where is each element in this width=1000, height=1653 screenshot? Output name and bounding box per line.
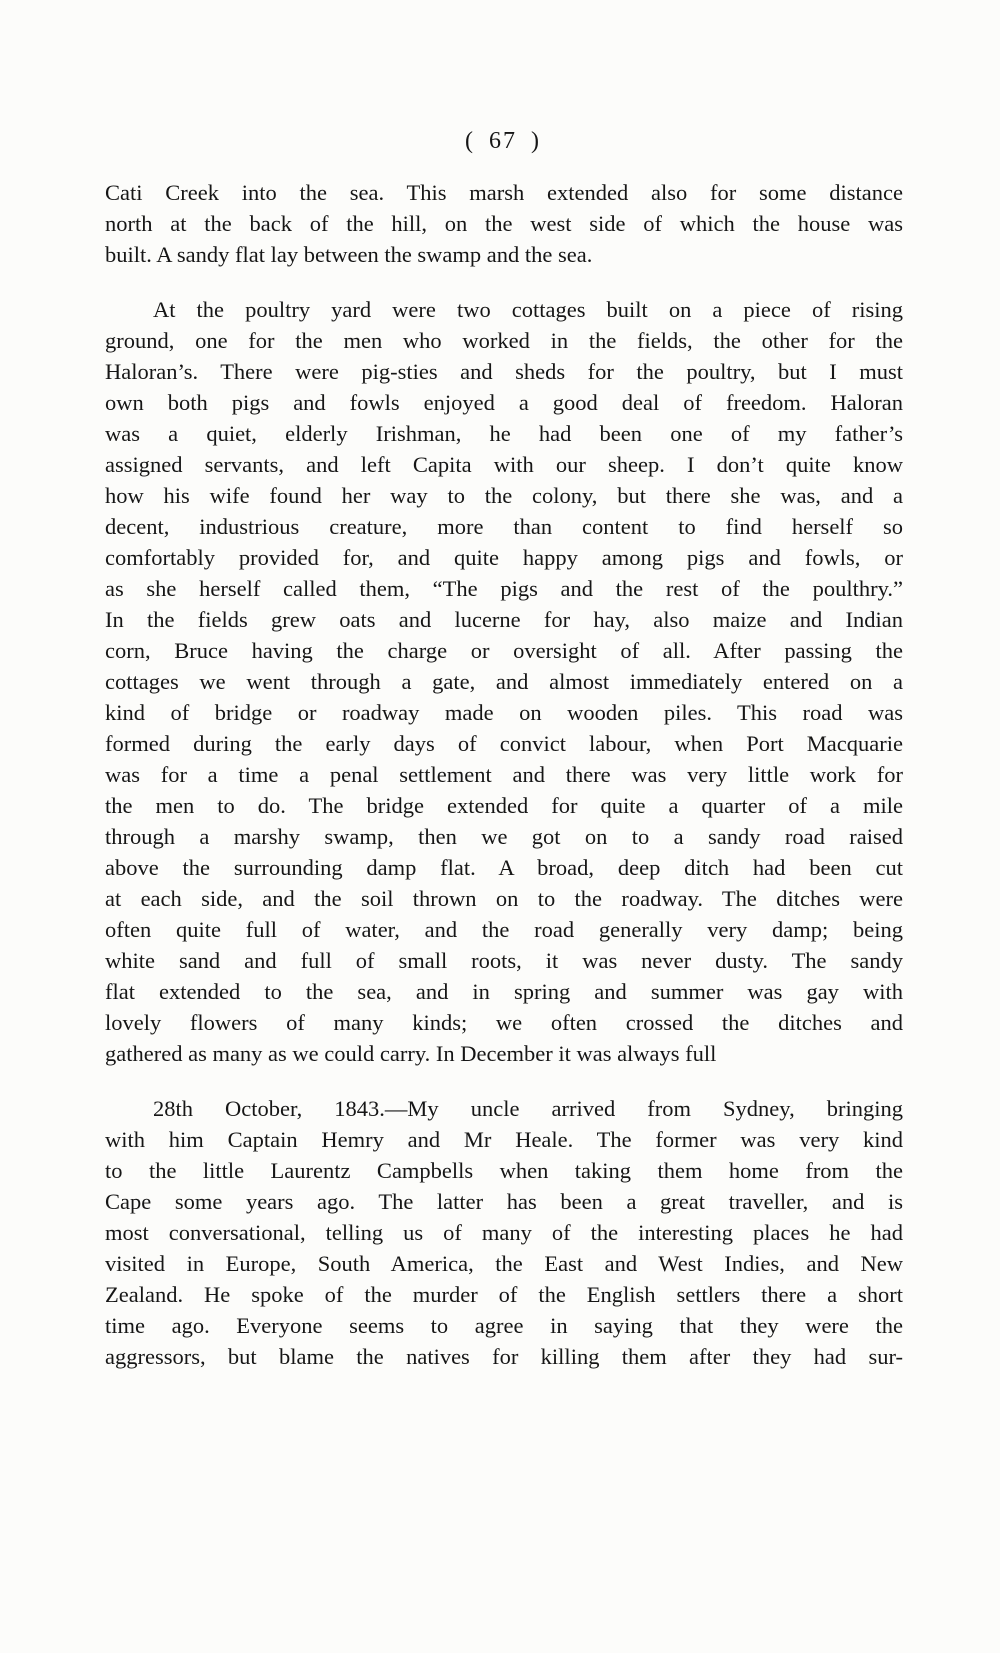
text-line: Haloran’s. There were pig-sties and shed… bbox=[105, 356, 903, 387]
paragraph-3: 28th October, 1843.—My uncle arrived fro… bbox=[105, 1093, 903, 1372]
text-line: decent, industrious creature, more than … bbox=[105, 511, 903, 542]
text-line: corn, Bruce having the charge or oversig… bbox=[105, 635, 903, 666]
text-line: north at the back of the hill, on the we… bbox=[105, 208, 903, 239]
text-line: most conversational, telling us of many … bbox=[105, 1217, 903, 1248]
text-line: In the fields grew oats and lucerne for … bbox=[105, 604, 903, 635]
text-line: was a quiet, elderly Irishman, he had be… bbox=[105, 418, 903, 449]
text-line: Cape some years ago. The latter has been… bbox=[105, 1186, 903, 1217]
text-line: with him Captain Hemry and Mr Heale. The… bbox=[105, 1124, 903, 1155]
text-line: aggressors, but blame the natives for ki… bbox=[105, 1341, 903, 1372]
text-line: lovely flowers of many kinds; we often c… bbox=[105, 1007, 903, 1038]
text-line: formed during the early days of convict … bbox=[105, 728, 903, 759]
text-line: often quite full of water, and the road … bbox=[105, 914, 903, 945]
text-line: built. A sandy flat lay between the swam… bbox=[105, 239, 903, 270]
text-line: At the poultry yard were two cottages bu… bbox=[105, 294, 903, 325]
text-line: 28th October, 1843.—My uncle arrived fro… bbox=[105, 1093, 903, 1124]
paragraph-2: At the poultry yard were two cottages bu… bbox=[105, 294, 903, 1069]
page-number: ( 67 ) bbox=[0, 128, 1000, 155]
scanned-book-page: ( 67 ) Cati Creek into the sea. This mar… bbox=[0, 0, 1000, 1653]
text-line: gathered as many as we could carry. In D… bbox=[105, 1038, 903, 1069]
text-line: as she herself called them, “The pigs an… bbox=[105, 573, 903, 604]
text-line: at each side, and the soil thrown on to … bbox=[105, 883, 903, 914]
text-line: Zealand. He spoke of the murder of the E… bbox=[105, 1279, 903, 1310]
body-text: Cati Creek into the sea. This marsh exte… bbox=[105, 177, 903, 1372]
text-line: ground, one for the men who worked in th… bbox=[105, 325, 903, 356]
text-line: time ago. Everyone seems to agree in say… bbox=[105, 1310, 903, 1341]
text-line: assigned servants, and left Capita with … bbox=[105, 449, 903, 480]
text-line: comfortably provided for, and quite happ… bbox=[105, 542, 903, 573]
text-line: the men to do. The bridge extended for q… bbox=[105, 790, 903, 821]
text-line: flat extended to the sea, and in spring … bbox=[105, 976, 903, 1007]
text-line: through a marshy swamp, then we got on t… bbox=[105, 821, 903, 852]
text-line: to the little Laurentz Campbells when ta… bbox=[105, 1155, 903, 1186]
text-line: above the surrounding damp flat. A broad… bbox=[105, 852, 903, 883]
text-line: Cati Creek into the sea. This marsh exte… bbox=[105, 177, 903, 208]
text-line: was for a time a penal settlement and th… bbox=[105, 759, 903, 790]
text-line: cottages we went through a gate, and alm… bbox=[105, 666, 903, 697]
paragraph-1: Cati Creek into the sea. This marsh exte… bbox=[105, 177, 903, 270]
text-line: how his wife found her way to the colony… bbox=[105, 480, 903, 511]
text-line: white sand and full of small roots, it w… bbox=[105, 945, 903, 976]
text-line: kind of bridge or roadway made on wooden… bbox=[105, 697, 903, 728]
text-line: own both pigs and fowls enjoyed a good d… bbox=[105, 387, 903, 418]
text-line: visited in Europe, South America, the Ea… bbox=[105, 1248, 903, 1279]
